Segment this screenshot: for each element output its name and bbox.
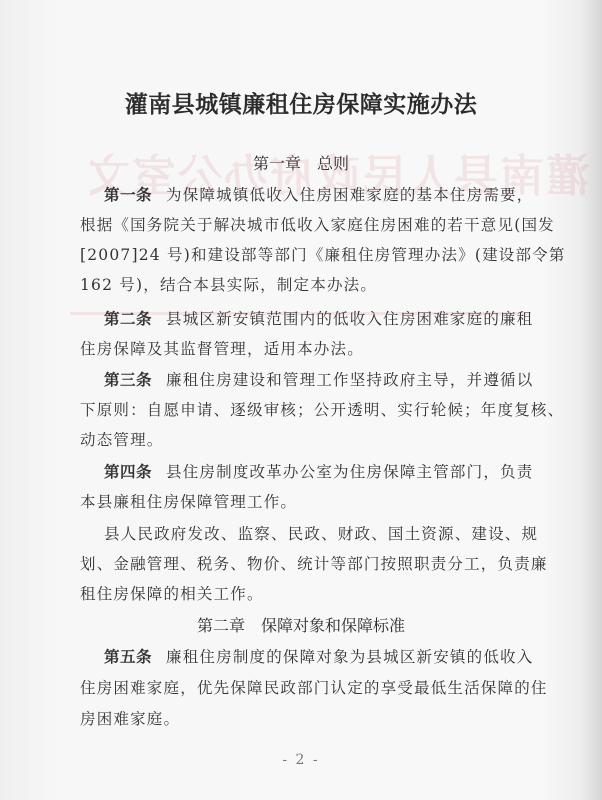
article-4-para-2-line-2: 划、金融管理、税务、物价、统计等部门按照职责分工，负责廉 <box>80 552 550 574</box>
article-1-line-3: [2007]24 号)和建设部等部门《廉租住房管理办法》(建设部令第 <box>80 243 550 265</box>
page-number: - 2 - <box>0 752 602 768</box>
article-2-line-1: 第二条县城区新安镇范围内的低收入住房困难家庭的廉租 <box>104 307 574 329</box>
article-1-line-1: 第一条为保障城镇低收入住房困难家庭的基本住房需要， <box>104 183 574 205</box>
article-label: 第二条 <box>104 309 152 328</box>
article-3-line-1: 第三条廉租住房建设和管理工作坚持政府主导，并遵循以 <box>104 368 574 390</box>
article-label: 第三条 <box>104 370 152 389</box>
document-title: 灌南县城镇廉租住房保障实施办法 <box>0 86 602 119</box>
article-5-line-1: 第五条廉租住房制度的保障对象为县城区新安镇的低收入 <box>104 645 574 667</box>
article-4-line-2: 本县廉租住房保障管理工作。 <box>80 490 550 512</box>
article-5-line-2: 住房困难家庭，优先保障民政部门认定的享受最低生活保障的住 <box>80 676 550 698</box>
article-label: 第一条 <box>104 185 152 204</box>
article-1-line-4: 162 号)，结合本县实际，制定本办法。 <box>80 273 550 295</box>
article-label: 第四条 <box>104 462 152 481</box>
document-page: 灌南县人民政府办公室文件 灌南县城镇廉租住房保障实施办法 第一章 总则 第一条为… <box>0 0 602 800</box>
article-3-line-3: 动态管理。 <box>80 428 550 450</box>
chapter-heading-1: 第一章 总则 <box>0 151 602 174</box>
chapter-heading-2: 第二章 保障对象和保障标准 <box>0 613 602 636</box>
scan-edge-shadow <box>580 0 602 800</box>
article-4-para-2-line-1: 县人民政府发改、监察、民政、财政、国土资源、建设、规 <box>104 522 574 544</box>
article-4-para-2-line-3: 租住房保障的相关工作。 <box>80 582 550 604</box>
article-5-line-3: 房困难家庭。 <box>80 707 550 729</box>
article-2-line-2: 住房保障及其监督管理，适用本办法。 <box>80 337 550 359</box>
article-4-line-1: 第四条县住房制度改革办公室为住房保障主管部门，负责 <box>104 460 574 482</box>
article-1-line-2: 根据《国务院关于解决城市低收入家庭住房困难的若干意见(国发 <box>80 213 550 235</box>
article-3-line-2: 下原则：自愿申请、逐级审核；公开透明、实行轮候；年度复核、 <box>80 398 550 420</box>
article-label: 第五条 <box>104 647 152 666</box>
